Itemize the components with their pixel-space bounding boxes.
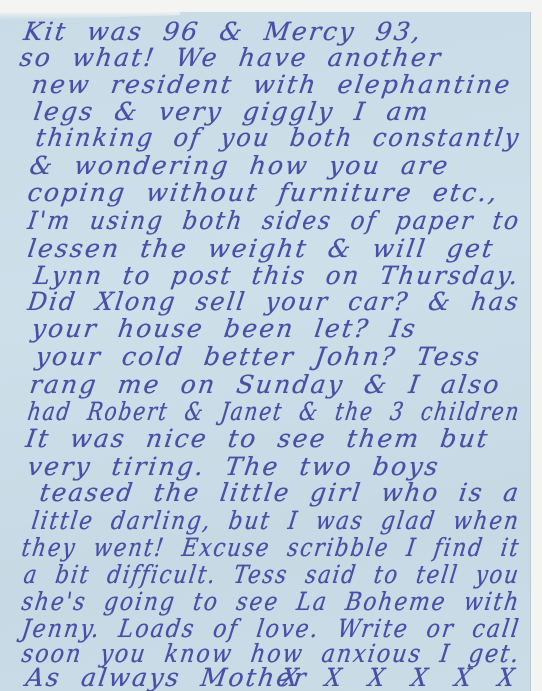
letter-line: It was nice to see them but xyxy=(24,424,491,453)
letter-line: Did Xlong sell your car? & has xyxy=(26,287,522,316)
letter-line: little darling, but I was glad when xyxy=(30,506,522,535)
letter-line: I'm using both sides of paper to xyxy=(26,206,522,235)
letter-line: teased the little girl who is a xyxy=(38,478,522,507)
letter-line: & wondering how you are xyxy=(28,151,452,180)
letter-line: Kit was 96 & Mercy 93, xyxy=(22,17,424,46)
letter-line: Lynn to post this on Thursday. xyxy=(32,261,522,290)
letter-line: thinking of you both constantly xyxy=(34,123,523,152)
letter-line: legs & very giggly I am xyxy=(32,97,432,126)
letter-line: your house been let? Is xyxy=(30,314,419,343)
letter-line: coping without furniture etc., xyxy=(26,178,501,207)
signature: As always Mother xyxy=(24,663,310,691)
letter-line: rang me on Sunday & I also xyxy=(28,370,503,399)
letter-line: lessen the weight & will get xyxy=(26,234,497,263)
letter-line: she's going to see La Boheme with xyxy=(20,587,522,616)
letter-line: very tiring. The two boys xyxy=(26,452,442,481)
letter-line: a bit difficult. Tess said to tell you xyxy=(22,560,522,589)
kisses: X X X X X X xyxy=(280,663,522,691)
letter-line: had Robert & Janet & the 3 children xyxy=(26,397,522,426)
letter-page: Kit was 96 & Mercy 93, so what! We have … xyxy=(0,12,530,691)
letter-line: they went! Excuse scribble I find it xyxy=(20,533,522,562)
letter-line: so what! We have another xyxy=(18,43,444,72)
letter-line: your cold better John? Tess xyxy=(34,342,483,371)
letter-line: new resident with elephantine xyxy=(30,70,514,99)
